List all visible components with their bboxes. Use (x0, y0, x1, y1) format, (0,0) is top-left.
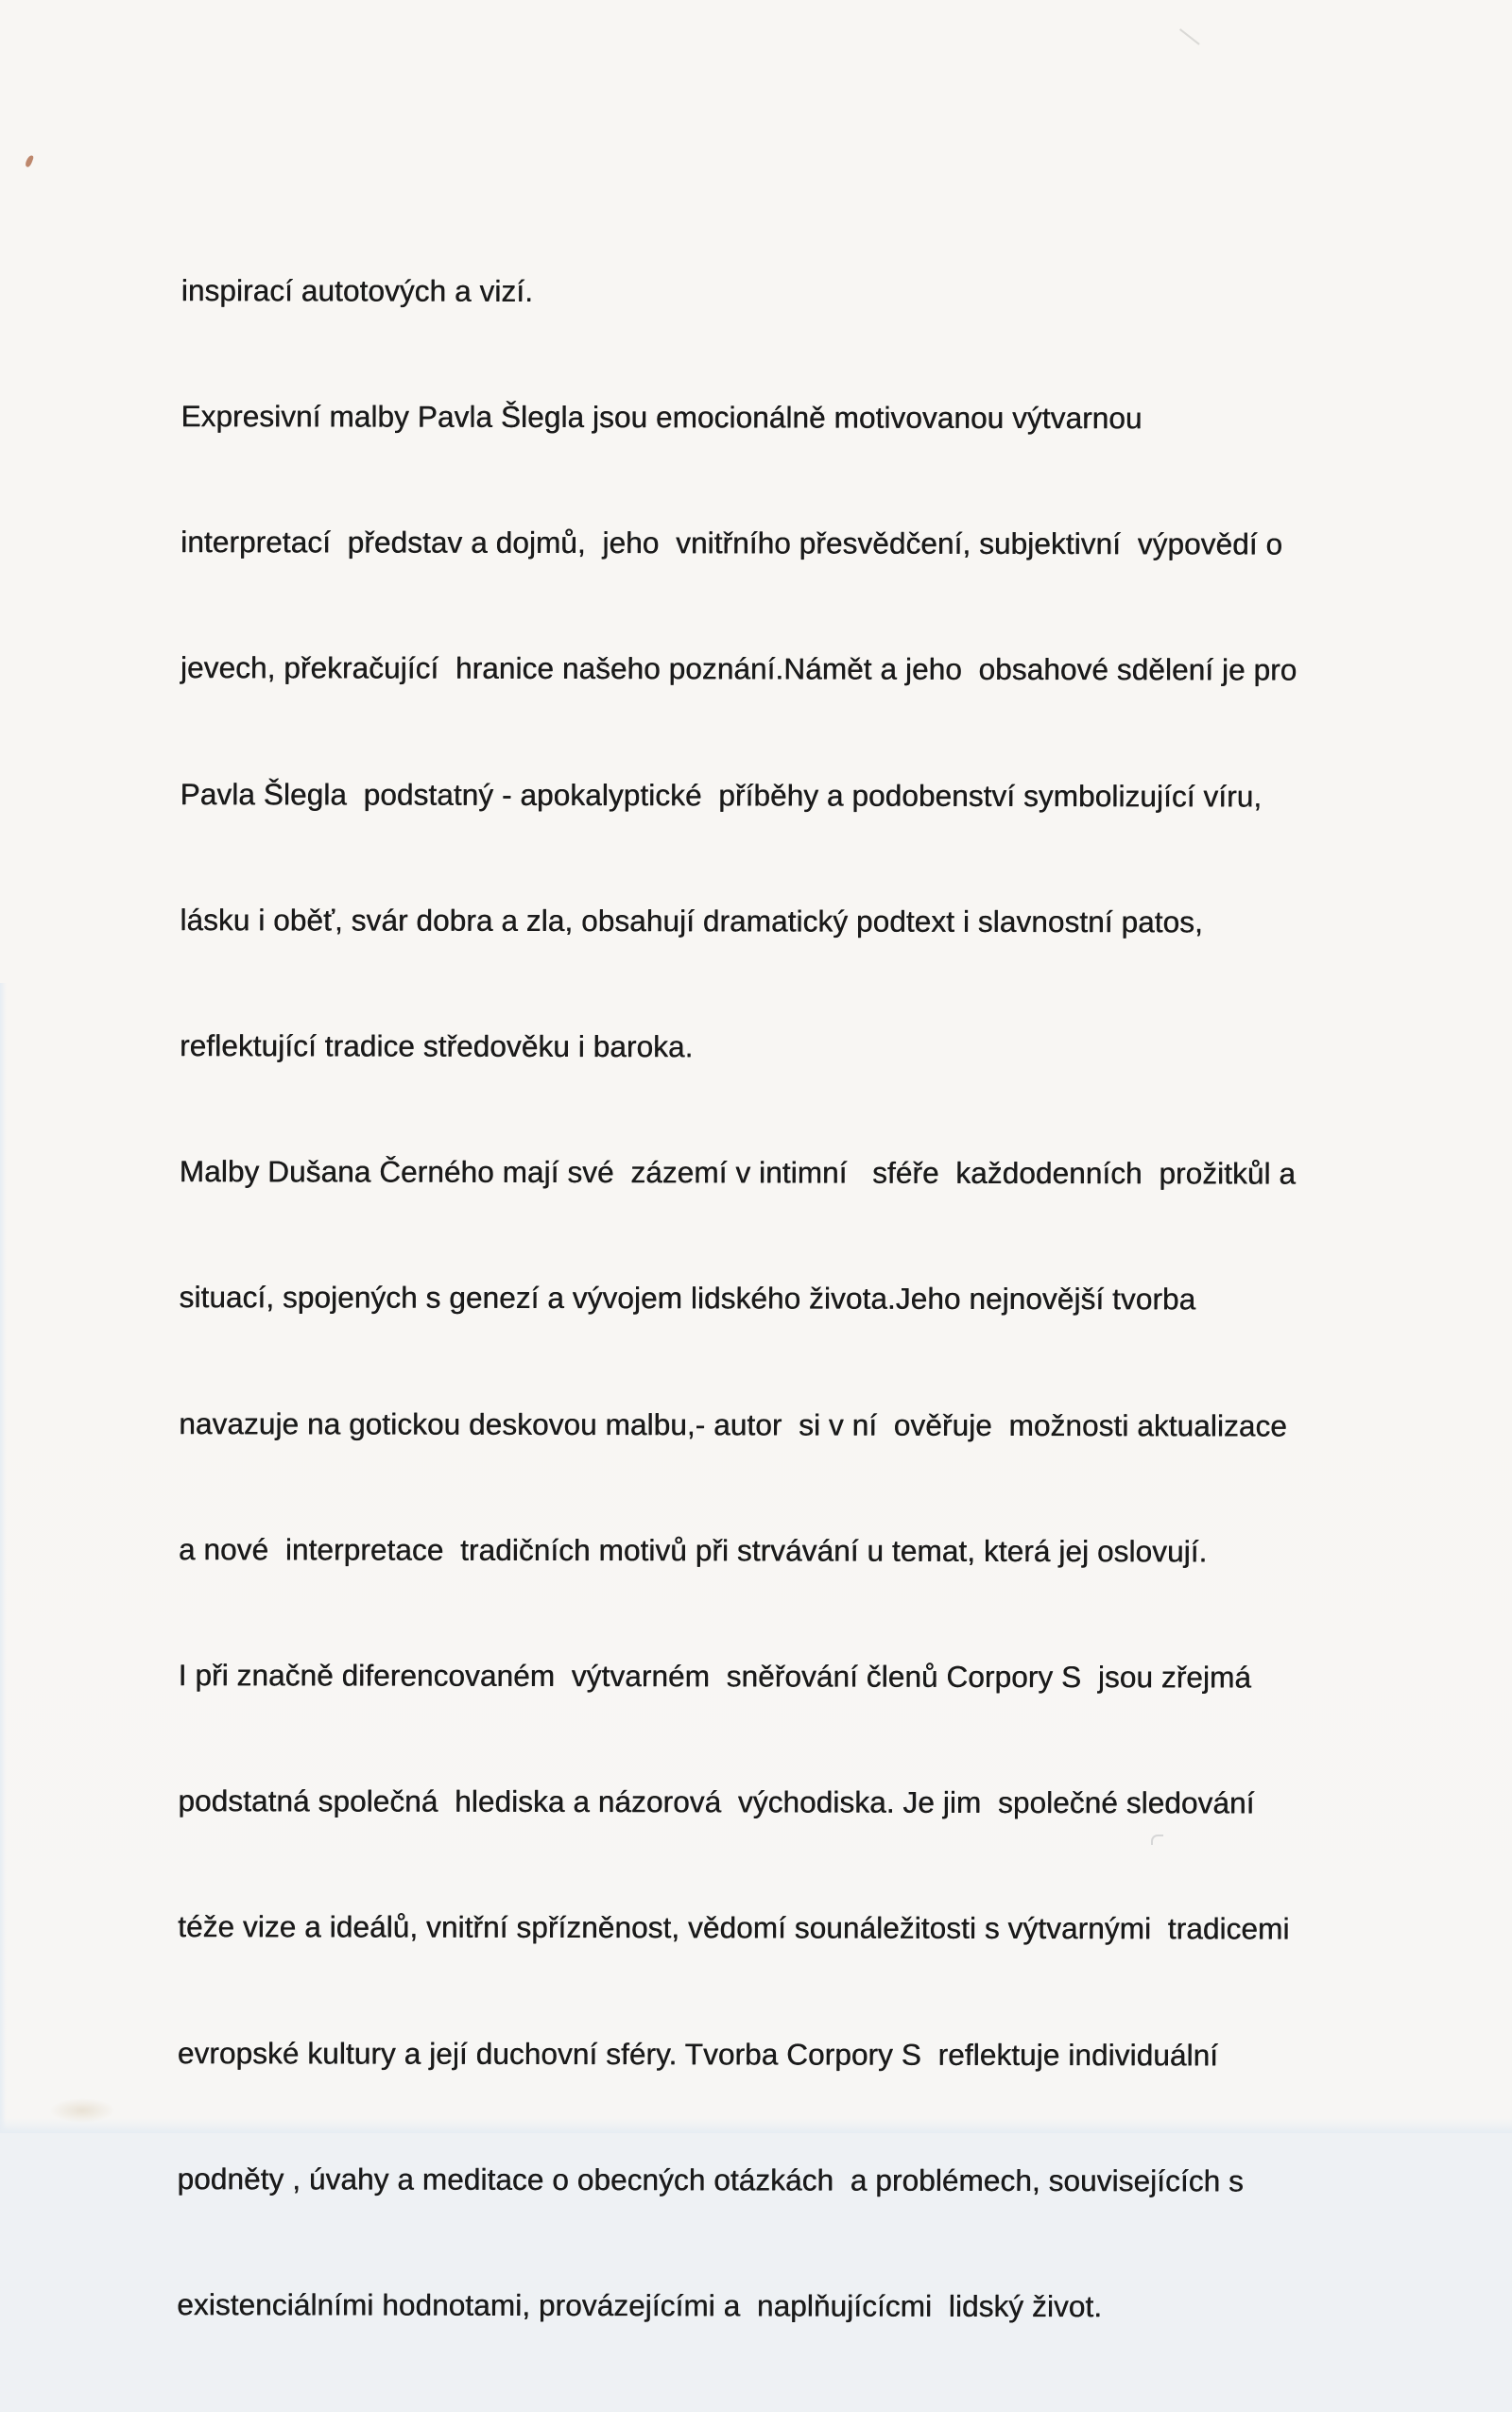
paper-smudge (49, 2098, 115, 2123)
text-line: Malby Dušana Černého mají své zázemí v i… (180, 1150, 1297, 1195)
ink-speck (25, 154, 34, 167)
crease-mark (1179, 28, 1199, 44)
text-line: reflektující tradice středověku i baroka… (180, 1025, 1297, 1069)
text-line: I při značně diferencovaném výtvarném sn… (179, 1654, 1296, 1698)
text-line: a nové interpretace tradičních motivů př… (179, 1528, 1296, 1573)
text-line: podstatná společná hlediska a názorová v… (178, 1780, 1295, 1824)
text-line: inspirací autotových a vizí. (181, 269, 1298, 314)
text-line: jevech, překračující hranice našeho pozn… (180, 646, 1297, 691)
text-line: téže vize a ideálů, vnitřní spřízněnost,… (178, 1905, 1295, 1950)
text-line: lásku i oběť, svár dobra a zla, obsahují… (180, 899, 1297, 943)
scanned-page: inspirací autotových a vizí. Expresivní … (0, 0, 1512, 2133)
text-line: navazuje na gotickou deskovou malbu,- au… (179, 1403, 1296, 1447)
text-line: situací, spojených s genezí a vývojem li… (179, 1276, 1296, 1320)
text-line: interpretací představ a dojmů, jeho vnit… (180, 521, 1297, 565)
document-text: inspirací autotových a vizí. Expresivní … (177, 185, 1297, 2133)
text-line: Expresivní malby Pavla Šlegla jsou emoci… (180, 395, 1297, 439)
text-line: Pavla Šlegla podstatný - apokalyptické p… (180, 773, 1297, 818)
text-line: evropské kultury a její duchovní sféry. … (178, 2032, 1295, 2076)
scanner-bed-edge-left (0, 983, 7, 2133)
